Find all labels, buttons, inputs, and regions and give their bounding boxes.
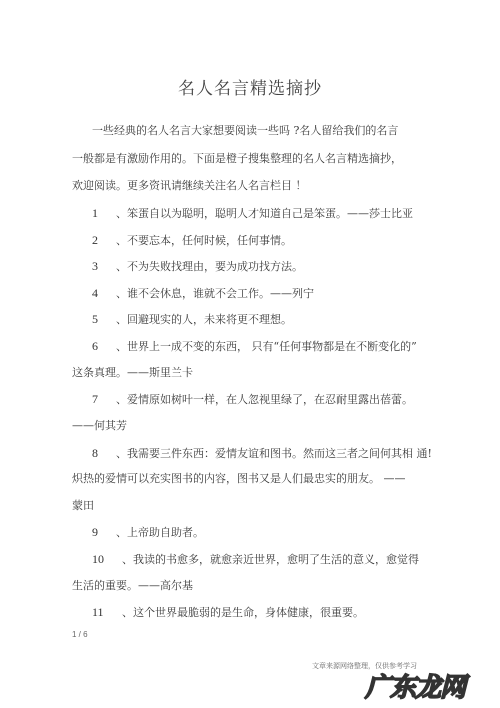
quote-item: 9、上帝助自助者。 (92, 525, 204, 540)
quote-item: 5、回避现实的人，未来将更不理想。 (92, 312, 292, 327)
document-title: 名人名言精选摘抄 (0, 74, 500, 99)
quote-text: 、不要忘本，任何时候，任何事情。 (116, 234, 292, 247)
quote-item: 4、谁不会休息，谁就不会工作。——列宁 (92, 286, 314, 301)
quote-text: 、上帝助自助者。 (116, 526, 204, 539)
page-number: 1 / 6 (72, 630, 88, 639)
quote-item: 1、笨蛋自以为聪明，聪明人才知道自己是笨蛋。——莎士比亚 (92, 206, 413, 221)
quote-text: 、世界上一成不变的东西， 只有“任何事物都是在不断变化的” (116, 340, 417, 353)
quote-continuation: 蒙田 (72, 499, 94, 513)
quote-text: 、我需要三件东西：爱情友谊和图书。然而这三者之间何其相 通! (116, 447, 432, 460)
quote-number: 6 (92, 339, 116, 353)
quote-number: 10 (92, 552, 122, 566)
quote-number: 11 (92, 605, 122, 619)
quote-item: 6、世界上一成不变的东西， 只有“任何事物都是在不断变化的” (92, 339, 417, 354)
quote-number: 2 (92, 233, 116, 247)
quote-text: 、这个世界最脆弱的是生命，身体健康，很重要。 (122, 606, 364, 619)
quote-text: 、不为失败找理由，要为成功找方法。 (116, 260, 303, 273)
quote-continuation: 这条真理。——斯里兰卡 (72, 366, 193, 380)
intro-line: 一般都是有激励作用的。下面是橙子搜集整理的名人名言精选摘抄， (72, 152, 402, 166)
intro-line: 欢迎阅读。更多资讯请继续关注名人名言栏目 ！ (72, 179, 307, 193)
quote-number: 9 (92, 525, 116, 539)
watermark-logo: 广东龙网 (365, 667, 465, 704)
document-page: 名人名言精选摘抄 一些经典的名人名言大家想要阅读一些吗 ?名人留给我们的名言 一… (0, 0, 500, 708)
quote-continuation: ——何其芳 (72, 419, 127, 433)
quote-number: 4 (92, 286, 116, 300)
quote-item: 8、我需要三件东西：爱情友谊和图书。然而这三者之间何其相 通! (92, 446, 432, 461)
quote-item: 2、不要忘本，任何时候，任何事情。 (92, 233, 292, 248)
quote-text: 、笨蛋自以为聪明，聪明人才知道自己是笨蛋。——莎士比亚 (116, 207, 413, 220)
quote-item: 11、这个世界最脆弱的是生命，身体健康，很重要。 (92, 605, 364, 620)
quote-text: 、谁不会休息，谁就不会工作。——列宁 (116, 287, 314, 300)
quote-continuation: 炽热的爱情可以充实图书的内容，图书又是人们最忠实的朋友。 —— (72, 472, 406, 486)
quote-text: 、爱情原如树叶一样，在人忽视里绿了，在忍耐里露出蓓蕾。 (116, 393, 413, 406)
quote-number: 7 (92, 392, 116, 406)
quote-text: 、回避现实的人，未来将更不理想。 (116, 313, 292, 326)
quote-text: 、我读的书愈多，就愈亲近世界，愈明了生活的意义，愈觉得 (122, 553, 419, 566)
quote-number: 1 (92, 206, 116, 220)
quote-item: 10、我读的书愈多，就愈亲近世界，愈明了生活的意义，愈觉得 (92, 552, 419, 567)
quote-item: 7、爱情原如树叶一样，在人忽视里绿了，在忍耐里露出蓓蕾。 (92, 392, 413, 407)
intro-line: 一些经典的名人名言大家想要阅读一些吗 ?名人留给我们的名言 (92, 124, 398, 138)
quote-number: 3 (92, 259, 116, 273)
quote-number: 5 (92, 312, 116, 326)
quote-item: 3、不为失败找理由，要为成功找方法。 (92, 259, 303, 274)
quote-number: 8 (92, 446, 116, 460)
quote-continuation: 生活的重要。——高尔基 (72, 579, 193, 593)
